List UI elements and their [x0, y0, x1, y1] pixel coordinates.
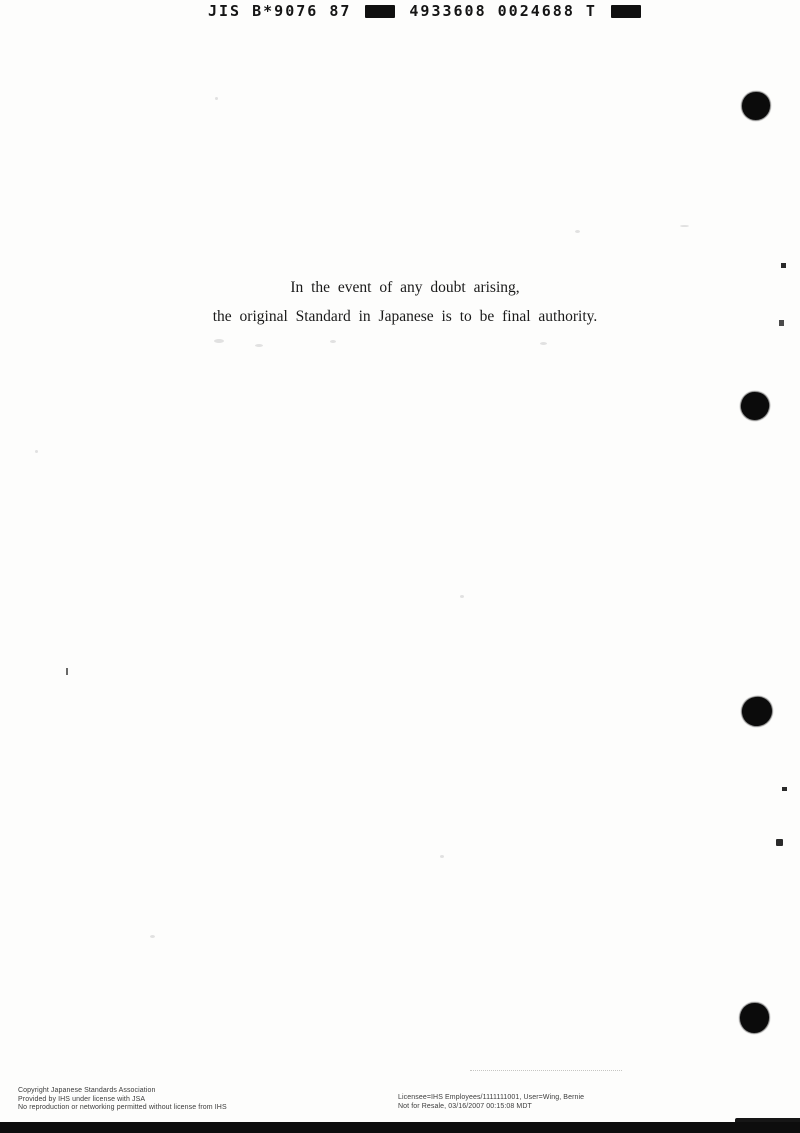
- scan-noise: [330, 340, 336, 343]
- scan-noise: [575, 230, 580, 233]
- license-line-1: Licensee=IHS Employees/1111111001, User=…: [398, 1094, 584, 1103]
- scan-speck: [776, 839, 783, 846]
- punch-hole-dot: [742, 92, 770, 120]
- scan-noise: [680, 225, 689, 227]
- scanned-document-page: JIS B*9076 87 4933608 0024688 T In the e…: [0, 0, 800, 1133]
- copyright-line-3: No reproduction or networking permitted …: [18, 1104, 227, 1113]
- disclaimer-text: In the event of any doubt arising, the o…: [0, 273, 800, 331]
- punch-hole-dot: [738, 389, 771, 422]
- scan-speck: [781, 263, 786, 268]
- scan-noise: [150, 935, 155, 938]
- scan-speck: [779, 320, 784, 326]
- scan-noise: [540, 342, 547, 345]
- scan-noise: [255, 344, 263, 347]
- scan-noise: [214, 339, 224, 343]
- scan-noise: [460, 595, 464, 598]
- scan-speck: [782, 787, 787, 791]
- solid-bar-icon: [365, 5, 395, 18]
- license-line-2: Not for Resale, 03/16/2007 00:15:08 MDT: [398, 1103, 584, 1112]
- document-header-code: JIS B*9076 87 4933608 0024688 T: [208, 2, 641, 20]
- document-id-number: 4933608 0024688 T: [409, 2, 597, 20]
- license-notice: Licensee=IHS Employees/1111111001, User=…: [398, 1094, 584, 1111]
- scan-edge-bar: [0, 1122, 800, 1133]
- punch-hole-dot: [740, 1003, 769, 1033]
- punch-hole-dot: [740, 695, 774, 728]
- disclaimer-line-2: the original Standard in Japanese is to …: [0, 302, 800, 331]
- copyright-notice: Copyright Japanese Standards Association…: [18, 1087, 227, 1113]
- standard-number: JIS B*9076 87: [208, 2, 351, 20]
- copyright-line-2: Provided by IHS under license with JSA: [18, 1096, 227, 1105]
- scan-noise: [440, 855, 444, 858]
- scan-noise: [35, 450, 38, 453]
- copyright-line-1: Copyright Japanese Standards Association: [18, 1087, 227, 1096]
- faint-dotted-line: [470, 1070, 622, 1071]
- scan-speck: [66, 668, 68, 675]
- disclaimer-line-1: In the event of any doubt arising,: [0, 273, 800, 302]
- solid-bar-icon: [611, 5, 641, 18]
- scan-noise: [215, 97, 218, 100]
